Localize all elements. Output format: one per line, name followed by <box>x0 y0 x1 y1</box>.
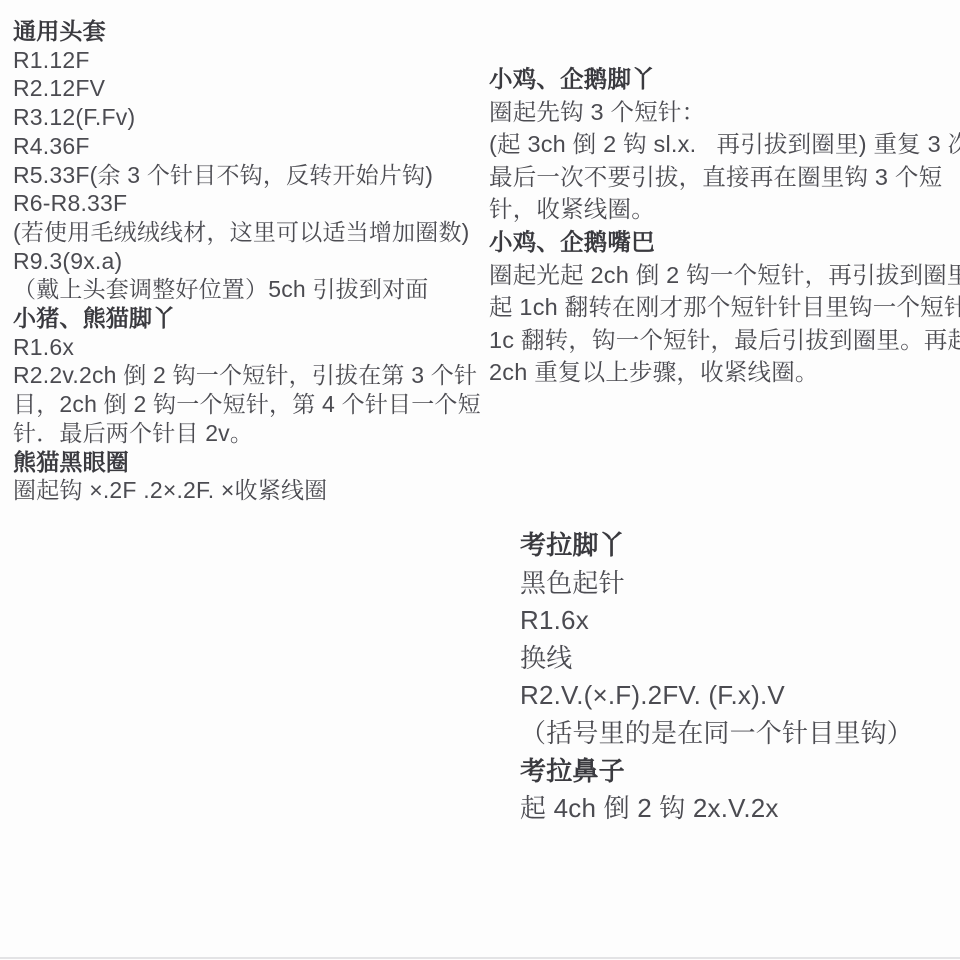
pattern-line: R1.12F <box>13 46 483 75</box>
pattern-line: R2.12FV <box>13 74 483 103</box>
pattern-line: 2ch 重复以上步骤，收紧线圈。 <box>489 356 960 389</box>
pattern-line: 最后一次不要引拔，直接再在圈里钩 3 个短 <box>489 161 960 194</box>
pattern-line: R9.3(9x.a) <box>13 247 483 276</box>
pattern-line: 起 4ch 倒 2 钩 2x.V.2x <box>520 790 952 828</box>
section-heading: 通用头套 <box>13 17 483 46</box>
pattern-line: R3.12(F.Fv) <box>13 103 483 132</box>
section-heading: 考拉脚丫 <box>520 527 952 565</box>
section-heading: 熊猫黑眼圈 <box>13 448 483 477</box>
pattern-line: （戴上头套调整好位置）5ch 引拔到对面 <box>13 275 483 304</box>
section-chick-penguin: 小鸡、企鹅脚丫圈起先钩 3 个短针：(起 3ch 倒 2 钩 sl.x. 再引拔… <box>489 63 960 389</box>
pattern-line: 圈起光起 2ch 倒 2 钩一个短针，再引拔到圈里， <box>489 259 960 292</box>
pattern-line: R2.V.(×.F).2FV. (F.x).V <box>520 677 952 715</box>
pattern-line: 圈起先钩 3 个短针： <box>489 96 960 129</box>
pattern-line: R2.2v.2ch 倒 2 钩一个短针，引拔在第 3 个针 <box>13 361 483 390</box>
pattern-line: 换线 <box>520 640 952 678</box>
section-heading: 小猪、熊猫脚丫 <box>13 304 483 333</box>
pattern-line: 针，收紧线圈。 <box>489 193 960 226</box>
section-universal-hood: 通用头套R1.12FR2.12FVR3.12(F.Fv)R4.36FR5.33F… <box>13 17 483 505</box>
pattern-line: (起 3ch 倒 2 钩 sl.x. 再引拔到圈里) 重复 3 次， <box>489 128 960 161</box>
bottom-divider <box>0 957 960 959</box>
pattern-line: 针．最后两个针目 2v。 <box>13 419 483 448</box>
pattern-line: 起 1ch 翻转在刚才那个短针针目里钩一个短针， <box>489 291 960 324</box>
pattern-line: 黑色起针 <box>520 565 952 603</box>
section-koala: 考拉脚丫黑色起针R1.6x换线R2.V.(×.F).2FV. (F.x).V（括… <box>520 527 952 828</box>
pattern-line: （括号里的是在同一个针目里钩） <box>520 715 952 753</box>
pattern-line: R1.6x <box>13 333 483 362</box>
section-heading: 小鸡、企鹅脚丫 <box>489 63 960 96</box>
pattern-line: R4.36F <box>13 132 483 161</box>
crochet-pattern-notes-page: 通用头套R1.12FR2.12FVR3.12(F.Fv)R4.36FR5.33F… <box>0 0 960 960</box>
section-heading: 小鸡、企鹅嘴巴 <box>489 226 960 259</box>
pattern-line: R1.6x <box>520 602 952 640</box>
section-heading: 考拉鼻子 <box>520 753 952 791</box>
pattern-line: 目，2ch 倒 2 钩一个短针，第 4 个针目一个短 <box>13 390 483 419</box>
pattern-line: 1c 翻转，钩一个短针，最后引拔到圈里。再起 <box>489 324 960 357</box>
pattern-line: R5.33F(余 3 个针目不钩，反转开始片钩) <box>13 161 483 190</box>
pattern-line: R6-R8.33F <box>13 189 483 218</box>
pattern-line: 圈起钩 ×.2F .2×.2F. ×收紧线圈 <box>13 476 483 505</box>
pattern-line: (若使用毛绒绒线材，这里可以适当增加圈数) <box>13 218 483 247</box>
